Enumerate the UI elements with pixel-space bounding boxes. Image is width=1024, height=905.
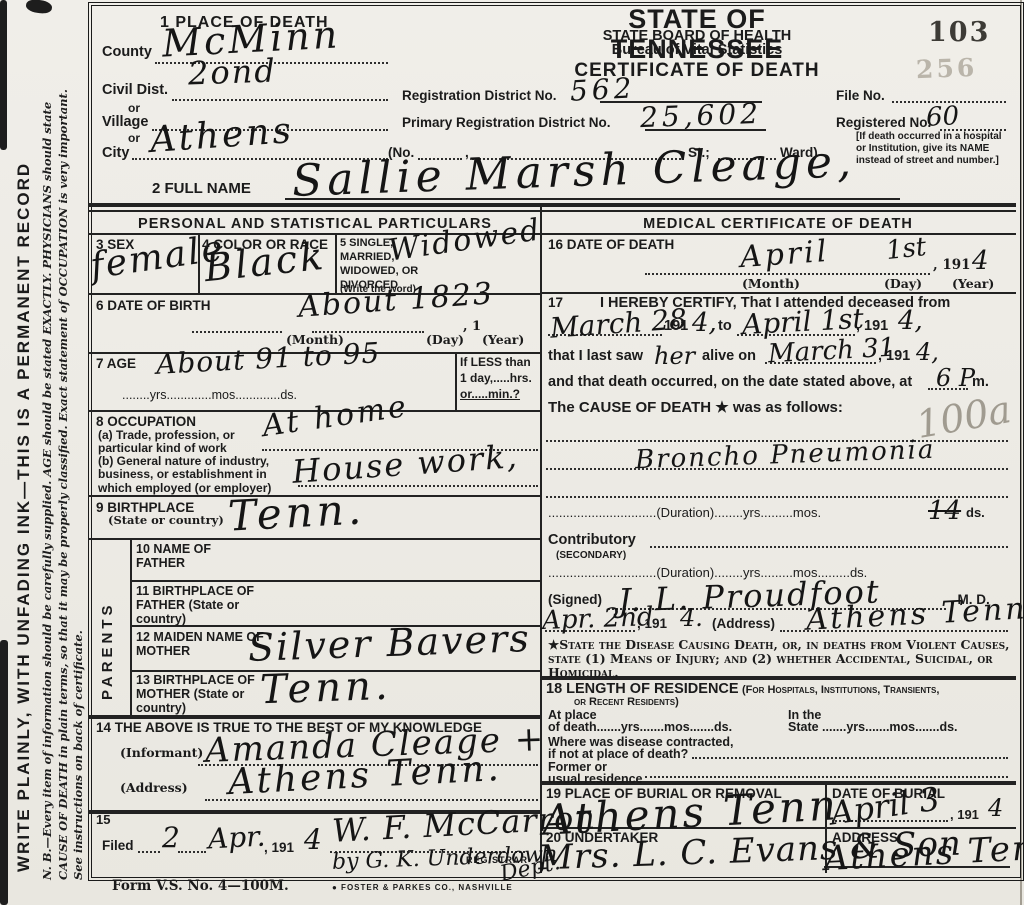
file-no-label: File No.: [836, 88, 885, 103]
ds-label: ds.: [966, 506, 985, 521]
dod-day-label: (Day): [884, 277, 922, 291]
dod-month-label: (Month): [742, 277, 800, 291]
date-of-death-label: 16 DATE OF DEATH: [548, 237, 674, 252]
less-than-line3: or.....min.?: [460, 388, 520, 401]
or-label: or: [128, 132, 140, 145]
hospital-note: [If death occurred in a hospital or Inst…: [856, 131, 1008, 167]
rule-line: [88, 210, 1016, 212]
medical-title: MEDICAL CERTIFICATE OF DEATH: [540, 216, 1016, 232]
secondary-label: (SECONDARY): [556, 550, 626, 561]
contracted-label2: if not at place of death?: [548, 747, 688, 761]
rule-line: [540, 292, 1016, 294]
dotted-line: [172, 99, 388, 101]
registered-no-value: 60: [925, 103, 959, 131]
cell-divider: [455, 352, 457, 410]
informant-label: (Informant): [120, 746, 203, 760]
rule-line: [88, 715, 540, 719]
county-label: County: [102, 44, 152, 60]
primary-registration-value: 25,602: [640, 100, 763, 132]
last-saw-pronoun: her: [654, 344, 695, 368]
parents-divider: [130, 538, 132, 715]
cell-divider: [335, 233, 337, 293]
rule-line: [88, 538, 540, 540]
column-divider: [540, 205, 542, 873]
state-units: State .......yrs.......mos.......ds.: [788, 720, 958, 734]
duration1-value: 14: [928, 498, 961, 524]
registration-district-label: Registration District No.: [402, 88, 557, 103]
signed-year-prefix: , 191: [637, 616, 667, 631]
signed-year: 4.: [680, 606, 703, 630]
burial-year-prefix: , 191: [950, 808, 979, 823]
filed-month: Apr.: [207, 823, 266, 854]
year-label: (Year): [482, 333, 524, 347]
dotted-line: [545, 630, 635, 632]
less-than-line1: If LESS than: [460, 356, 531, 369]
last-saw-year-prefix: , 191: [878, 348, 910, 364]
parents-label: PARENTS: [100, 601, 117, 700]
dotted-line: [645, 273, 930, 275]
dod-year-label: (Year): [952, 277, 994, 291]
age-label: 7 AGE: [96, 356, 136, 371]
year-prefix: , 1: [463, 320, 481, 334]
birthplace-note: (State or country): [108, 514, 224, 527]
dotted-line: [645, 776, 1008, 778]
residence-note1: (For Hospitals, Institutions, Transients…: [742, 684, 939, 696]
civil-dist-value: 2ond: [187, 54, 277, 89]
to-year-prefix: , 191: [856, 318, 888, 334]
rule-line: [88, 203, 1016, 207]
of-death-units: of death.......yrs.......mos.......ds.: [548, 720, 732, 734]
age-units: ........yrs.............mos.............…: [122, 388, 297, 402]
bureau-title: Bureau of Vital Statistics: [562, 42, 832, 58]
stamp-number-faint: 256: [916, 54, 978, 84]
filed-label: Filed: [102, 838, 134, 853]
filed-section-number: 15: [96, 813, 110, 828]
rule-line: [88, 233, 1016, 235]
rule-line: [130, 580, 540, 582]
attended-to-date: April 1st: [741, 305, 864, 339]
registered-no-label: Registered No.: [836, 115, 931, 130]
dotted-line: [178, 851, 206, 853]
less-than-line2: 1 day,.....hrs.: [460, 372, 532, 385]
date-of-death-month: April: [739, 237, 830, 273]
day-label: (Day): [426, 333, 464, 347]
from-year-prefix: 191: [664, 318, 688, 334]
civil-dist-label: Civil Dist.: [102, 82, 168, 98]
death-time: 6 P: [936, 366, 975, 390]
dotted-line: [546, 468, 1008, 470]
filed-year-prefix: , 191: [264, 840, 294, 855]
scan-artifact: [0, 640, 8, 905]
village-label: Village: [102, 114, 148, 130]
death-occurred-label: and that death occurred, on the date sta…: [548, 374, 912, 390]
mother-name-value: Silver Bavers: [247, 619, 531, 667]
mother-birthplace-value: Tenn.: [259, 666, 392, 711]
permanent-record-note: WRITE PLAINLY, WITH UNFADING INK—THIS IS…: [14, 162, 33, 872]
stamp-number: 103: [928, 18, 990, 48]
from-year: 4,: [692, 310, 717, 336]
dotted-line: [650, 546, 1008, 548]
last-saw-date: March 31: [767, 335, 895, 368]
signed-address-label: (Address): [712, 616, 775, 631]
birthplace-value: Tenn.: [227, 488, 366, 537]
residence-label: 18 LENGTH OF RESIDENCE: [546, 681, 739, 697]
cause-of-death-label: The CAUSE OF DEATH ★ was as follows:: [548, 400, 843, 417]
violent-causes-footnote: ★State the Disease Causing Death, or, in…: [548, 638, 1010, 680]
dotted-line: [192, 331, 282, 333]
city-label: City: [102, 145, 129, 161]
last-saw-year: 4,: [916, 340, 939, 364]
burial-year: 4: [988, 796, 1003, 820]
father-birthplace-label: 11 BIRTHPLACE OF FATHER (State or countr…: [136, 584, 286, 626]
filed-year: 4: [304, 826, 322, 854]
filed-day: 2: [162, 824, 180, 852]
former-label2: usual residence: [548, 772, 643, 786]
informant-address-label: (Address): [120, 781, 188, 795]
date-of-death-day: 1st: [885, 234, 928, 264]
full-name-label: 2 FULL NAME: [152, 181, 251, 198]
undertaker-address-value: Athens Tenn: [823, 830, 1024, 876]
form-number: Form V.S. No. 4—100M.: [112, 879, 289, 894]
residence-note2: or Recent Residents): [574, 696, 679, 708]
occupation-a-label: (a) Trade, profession, or particular kin…: [98, 429, 260, 456]
date-of-death-year-prefix: , 191: [933, 258, 971, 273]
scan-artifact: [0, 0, 7, 150]
to-label: to: [718, 318, 732, 334]
meridiem-label: m.: [972, 374, 989, 390]
death-certificate-scan: WRITE PLAINLY, WITH UNFADING INK—THIS IS…: [0, 0, 1024, 905]
occupation-label: 8 OCCUPATION: [96, 414, 196, 429]
alive-on-label: alive on: [702, 348, 756, 364]
primary-registration-label: Primary Registration District No.: [402, 115, 611, 130]
printer-credit: ● FOSTER & PARKES CO., NASHVILLE: [332, 884, 513, 893]
dotted-line: [692, 757, 1008, 759]
last-saw-label: that I last saw: [548, 348, 643, 364]
scan-artifact: [25, 0, 53, 15]
registration-district-value: 562: [569, 74, 636, 105]
dotted-line: [138, 851, 160, 853]
contributory-label: Contributory: [548, 532, 636, 548]
to-year: 4,: [898, 308, 923, 334]
date-of-death-year: 4: [972, 248, 989, 274]
dob-label: 6 DATE OF BIRTH: [96, 298, 211, 313]
father-name-label: 10 NAME OF FATHER: [136, 542, 248, 570]
city-value: Athens: [149, 113, 295, 159]
certify-number: 17: [548, 295, 563, 310]
duration1-line: ..............................(Duration)…: [548, 506, 821, 521]
nb-note: N. B.—Every item of information should b…: [40, 80, 87, 880]
